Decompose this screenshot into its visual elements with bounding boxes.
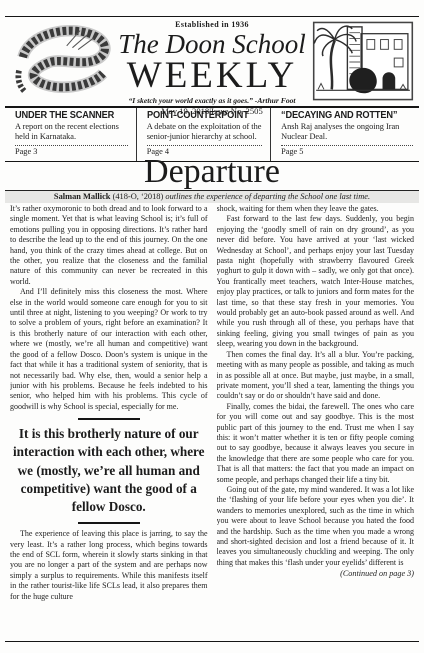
teaser-title: “DECAYING AND ROTTEN” — [281, 110, 397, 121]
pull-quote: It is this brotherly nature of our inter… — [10, 425, 208, 516]
article-headline: Departure — [0, 155, 424, 189]
teaser-title: POINT-COUNTERPOINT — [147, 110, 249, 121]
dotted-divider — [147, 145, 262, 146]
teaser-description: A report on the recent elections held in… — [15, 122, 128, 143]
byline-author-id: (418-O, ‘2018) — [110, 192, 165, 201]
school-building-illustration — [310, 19, 416, 105]
masthead: Established in 1936 The Doon School WEEK… — [8, 19, 416, 105]
paragraph: Finally, comes the bidai, the farewell. … — [217, 402, 415, 485]
building-sketch-icon — [312, 21, 414, 103]
paragraph: The experience of leaving this place is … — [10, 529, 208, 602]
dotted-divider — [281, 145, 413, 146]
paper-motto: “I sketch your world exactly as it goes.… — [114, 96, 310, 105]
masthead-center: Established in 1936 The Doon School WEEK… — [114, 19, 310, 105]
spiral-sketch-icon — [9, 21, 113, 103]
byline-description: outlines the experience of departing the… — [165, 192, 370, 201]
byline-author: Salman Mallick — [54, 192, 111, 201]
newspaper-front-page: Established in 1936 The Doon School WEEK… — [0, 0, 424, 653]
byline-bar: Salman Mallick (418-O, ‘2018) outlines t… — [5, 190, 419, 203]
paragraph: shock, waiting for them when they leave … — [217, 204, 415, 214]
teaser-under-the-scanner[interactable]: UNDER THE SCANNER A report on the recent… — [5, 108, 136, 161]
article-body: It’s rather oxymoronic to both dread and… — [10, 204, 414, 640]
paper-title: The Doon School — [114, 30, 310, 58]
bottom-rule — [5, 641, 419, 642]
paragraph: Fast forward to the last few days. Sudde… — [217, 214, 415, 349]
paragraph: Going out of the gate, my mind wandered.… — [217, 485, 415, 568]
teaser-description: Ansh Raj analyses the ongoing Iran Nucle… — [281, 122, 413, 143]
right-column: shock, waiting for them when they leave … — [217, 204, 415, 640]
paragraph: And I’ll definitely miss this closeness … — [10, 287, 208, 412]
paragraph: Then comes the final day. It’s all a blu… — [217, 350, 415, 402]
dotted-divider — [15, 145, 128, 146]
teaser-title: UNDER THE SCANNER — [15, 110, 114, 121]
paragraph: It’s rather oxymoronic to both dread and… — [10, 204, 208, 287]
teaser-decaying-and-rotten[interactable]: “DECAYING AND ROTTEN” Ansh Raj analyses … — [270, 108, 421, 161]
spiral-ribbon-illustration — [8, 19, 114, 105]
paper-subtitle: WEEKLY — [114, 59, 310, 93]
pull-quote-rule-top — [78, 418, 140, 420]
teaser-description: A debate on the exploitation of the seni… — [147, 122, 262, 143]
top-rule — [5, 16, 419, 17]
established-line: Established in 1936 — [114, 20, 310, 29]
pull-quote-rule-bottom — [78, 522, 140, 524]
left-column: It’s rather oxymoronic to both dread and… — [10, 204, 208, 640]
continued-note: (Continued on page 3) — [217, 569, 415, 579]
